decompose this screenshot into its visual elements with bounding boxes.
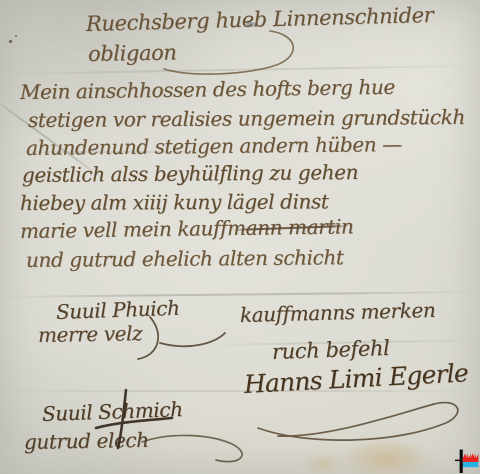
- heading-obligation-line: obligaon: [88, 40, 177, 66]
- ink-speck: [9, 40, 12, 43]
- logo-tick: [455, 460, 460, 462]
- signature-left-top-line-2: merre velz: [38, 321, 143, 347]
- body-line-4: geistlich alss beyhülfling zu gehen: [22, 160, 358, 187]
- signature-left-bottom-flourish: [140, 424, 260, 468]
- body-line-7: und gutrud ehelich alten schicht: [26, 245, 344, 272]
- heading-title-line: Ruechsberg hueb Linnenschnider: [86, 3, 434, 36]
- logo-roof-red: [463, 454, 478, 463]
- signature-right-name: Hanns Limi Egerle: [243, 358, 468, 399]
- body-line-6: marie vell mein kauffmann martin: [20, 214, 354, 243]
- archive-watermark-logo: [455, 449, 480, 474]
- signature-right-line-1: kauffmanns merken: [240, 298, 436, 327]
- body-line-3: ahundenund stetigen andern hüben —: [26, 132, 402, 160]
- signature-left-bottom-line-2: gutrud elech: [24, 428, 149, 454]
- ink-speck: [15, 35, 17, 37]
- logo-bar-blue: [463, 462, 478, 467]
- body-line-2: stetigen vor realisies ungemein grundstü…: [28, 105, 465, 132]
- body-line-1: Mein ainschhossen des hofts berg hue: [20, 75, 395, 104]
- body-line-5: hiebey alm xiiij kuny lägel dinst: [20, 189, 329, 215]
- signature-left-top-line-1: Suuil Phuich: [56, 296, 180, 324]
- paper-stain: [338, 438, 434, 474]
- signature-left-bottom-line-1: Suuil Schmich: [42, 397, 183, 426]
- logo-mast: [460, 450, 463, 474]
- paper-crease: [0, 65, 480, 75]
- paper-crease: [0, 291, 480, 298]
- signature-right-paraph: [248, 392, 478, 452]
- manuscript-page: Ruechsberg hueb Linnenschnider obligaon …: [0, 0, 480, 474]
- paper-stain-small: [300, 452, 346, 474]
- signature-right-line-2: ruch befehl: [272, 336, 390, 364]
